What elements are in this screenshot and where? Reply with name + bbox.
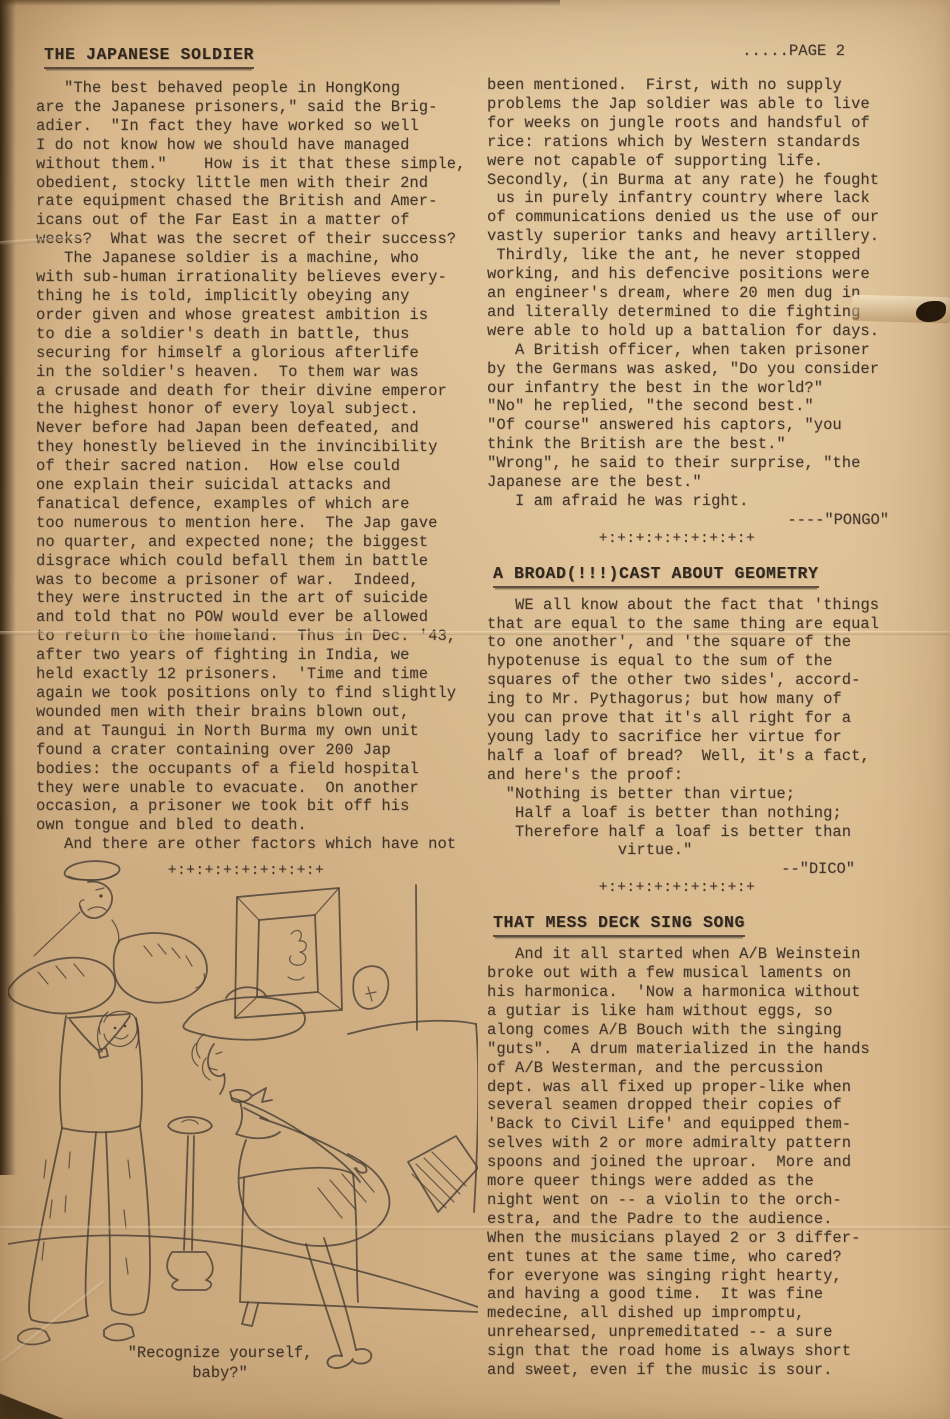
article-body-japanese-soldier-left: "The best behaved people in HongKong are…	[36, 79, 494, 854]
scan-corner-shadow	[0, 1388, 64, 1419]
cartoon-illustration	[8, 860, 478, 1390]
section-divider: +:+:+:+:+:+:+:+:+	[487, 530, 867, 549]
right-column: .....PAGE 2 been mentioned. First, with …	[487, 40, 937, 1380]
left-column: THE JAPANESE SOLDIER "The best behaved p…	[36, 44, 494, 881]
article-body-japanese-soldier-right: been mentioned. First, with no supply pr…	[487, 76, 937, 511]
section-divider: +:+:+:+:+:+:+:+:+	[487, 879, 867, 898]
article-body-mess-deck: And it all started when A/B Weinstein br…	[487, 945, 937, 1380]
signature-dico: --"DICO"	[487, 860, 937, 879]
article-title-geometry: A BROAD(!!!)CAST ABOUT GEOMETRY	[493, 563, 819, 588]
signature-pongo: ----"PONGO"	[487, 511, 937, 530]
page-number-label: .....PAGE 2	[487, 40, 937, 62]
article-title-mess-deck: THAT MESS DECK SING SONG	[493, 912, 745, 937]
article-body-geometry: WE all know about the fact that 'things …	[487, 596, 937, 861]
scan-edge-shadow-top	[0, 0, 560, 6]
scan-edge-shadow	[0, 0, 16, 1175]
cartoon-caption: "Recognize yourself, baby?"	[60, 1344, 380, 1383]
article-title-japanese-soldier: THE JAPANESE SOLDIER	[44, 44, 254, 69]
newsletter-scanned-page: THE JAPANESE SOLDIER "The best behaved p…	[0, 0, 950, 1419]
